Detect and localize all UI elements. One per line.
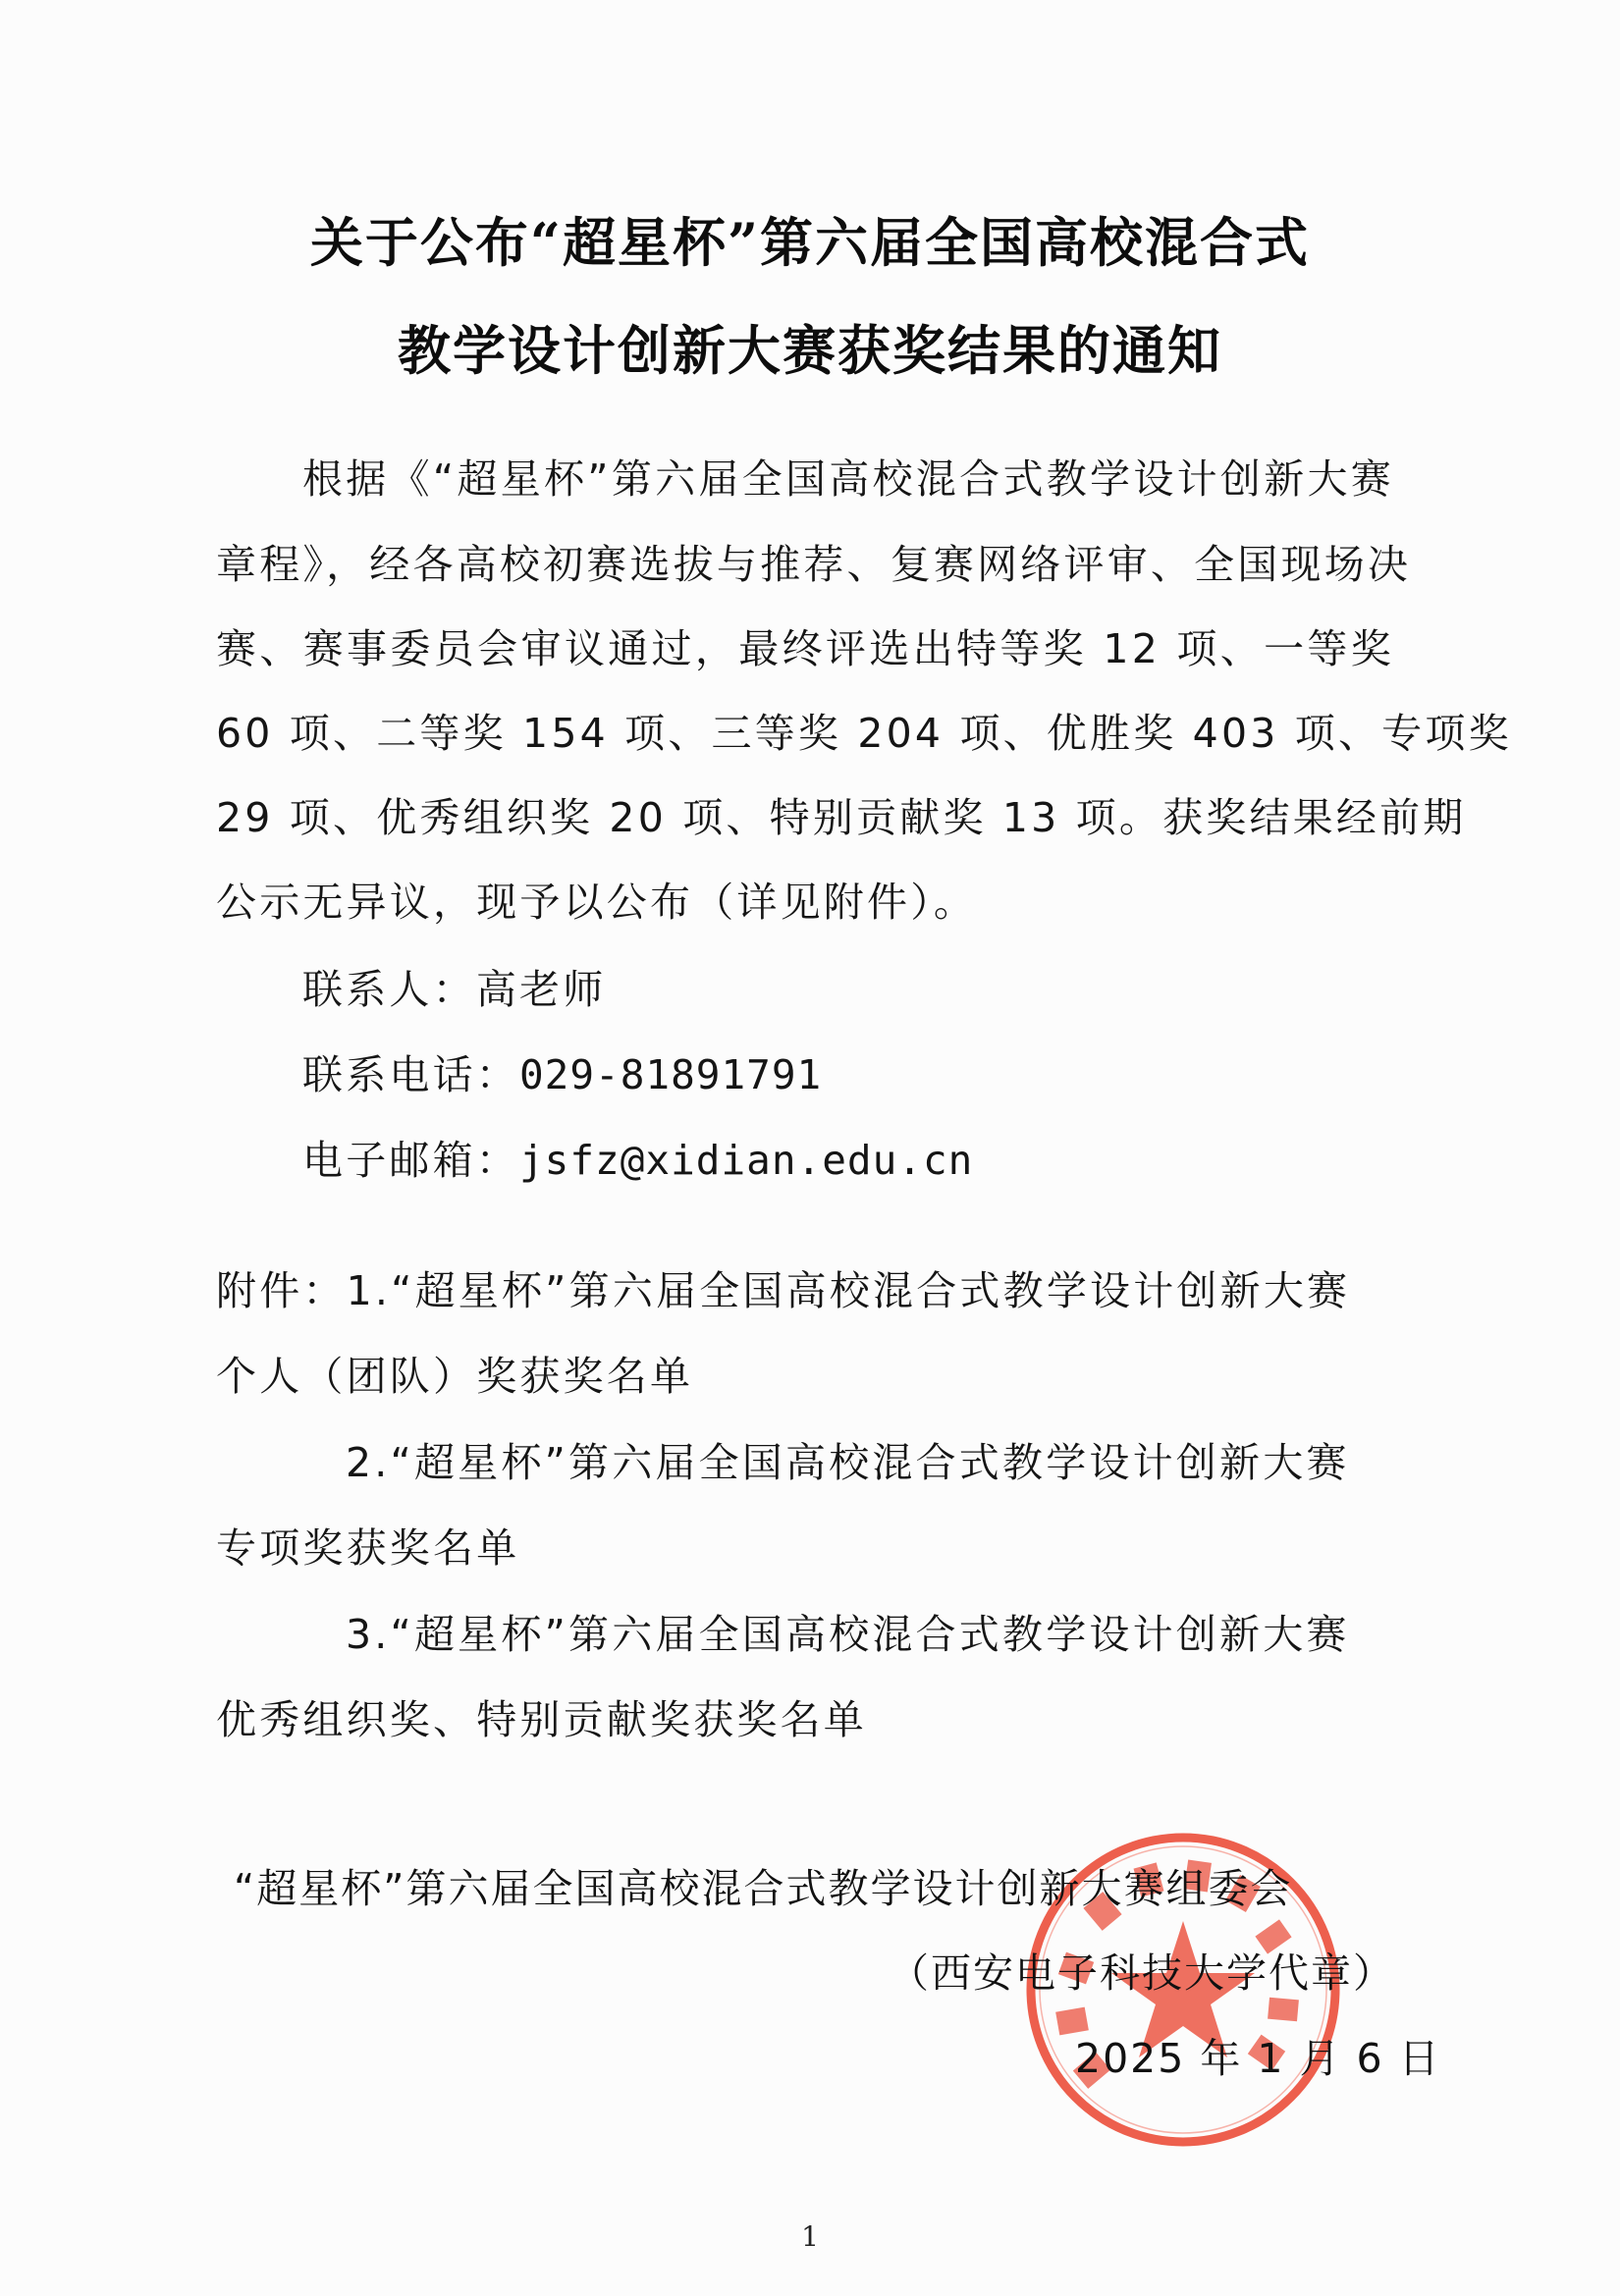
contact-phone-value: 029-81891791	[519, 1051, 822, 1098]
title-line-1: 关于公布“超星杯”第六届全国高校混合式	[0, 201, 1620, 277]
paragraph-line: 60 项、二等奖 154 项、三等奖 204 项、优胜奖 403 项、专项奖	[216, 714, 1394, 754]
paragraph-line: 赛、赛事委员会审议通过，最终评选出特等奖 12 项、一等奖	[216, 629, 1394, 669]
attachment-number: 2.	[346, 1439, 391, 1486]
attachments-label: 附件：	[216, 1267, 347, 1314]
attachment-title: “超星杯”第六届全国高校混合式教学设计创新大赛	[391, 1611, 1350, 1658]
organizer-name: “超星杯”第六届全国高校混合式教学设计创新大赛组委会	[234, 1869, 1292, 1909]
contact-email: 电子邮箱：jsfz@xidian.edu.cn	[302, 1141, 973, 1181]
contact-email-label: 电子邮箱：	[302, 1137, 519, 1184]
paragraph-line: 29 项、优秀组织奖 20 项、特别贡献奖 13 项。获奖结果经前期	[216, 798, 1394, 838]
document-page: 关于公布“超星杯”第六届全国高校混合式 教学设计创新大赛获奖结果的通知 根据《“…	[0, 0, 1620, 2296]
issue-date: 2025 年 1 月 6 日	[1075, 2039, 1441, 2079]
contact-person: 联系人：高老师	[302, 970, 606, 1010]
paragraph-line: 公示无异议，现予以公布（详见附件）。	[216, 882, 977, 923]
page-number: 1	[0, 2220, 1620, 2253]
contact-person-value: 高老师	[476, 966, 607, 1013]
attachment-number: 1.	[347, 1267, 392, 1314]
attachment-item-1: 附件：1.“超星杯”第六届全国高校混合式教学设计创新大赛	[216, 1271, 1350, 1311]
attachment-number: 3.	[346, 1611, 391, 1658]
attachment-item-3: 3.“超星杯”第六届全国高校混合式教学设计创新大赛	[346, 1615, 1350, 1655]
seal-note: （西安电子科技大学代章）	[889, 1953, 1395, 1994]
attachment-item-1-cont: 个人（团队）奖获奖名单	[216, 1357, 693, 1397]
title-line-2: 教学设计创新大赛获奖结果的通知	[0, 309, 1620, 385]
contact-phone: 联系电话：029-81891791	[302, 1055, 822, 1095]
attachment-item-3-cont: 优秀组织奖、特别贡献奖获奖名单	[216, 1700, 867, 1740]
attachment-title: “超星杯”第六届全国高校混合式教学设计创新大赛	[391, 1439, 1350, 1486]
contact-person-label: 联系人：	[302, 966, 476, 1013]
contact-phone-label: 联系电话：	[302, 1051, 519, 1098]
attachment-item-2-cont: 专项奖获奖名单	[216, 1528, 519, 1569]
paragraph-line: 章程》，经各高校初赛选拔与推荐、复赛网络评审、全国现场决	[216, 545, 1394, 585]
paragraph-line: 根据《“超星杯”第六届全国高校混合式教学设计创新大赛	[302, 459, 1394, 500]
contact-email-link[interactable]: jsfz@xidian.edu.cn	[519, 1137, 973, 1184]
attachment-title: “超星杯”第六届全国高校混合式教学设计创新大赛	[391, 1267, 1350, 1314]
attachment-item-2: 2.“超星杯”第六届全国高校混合式教学设计创新大赛	[346, 1443, 1350, 1483]
